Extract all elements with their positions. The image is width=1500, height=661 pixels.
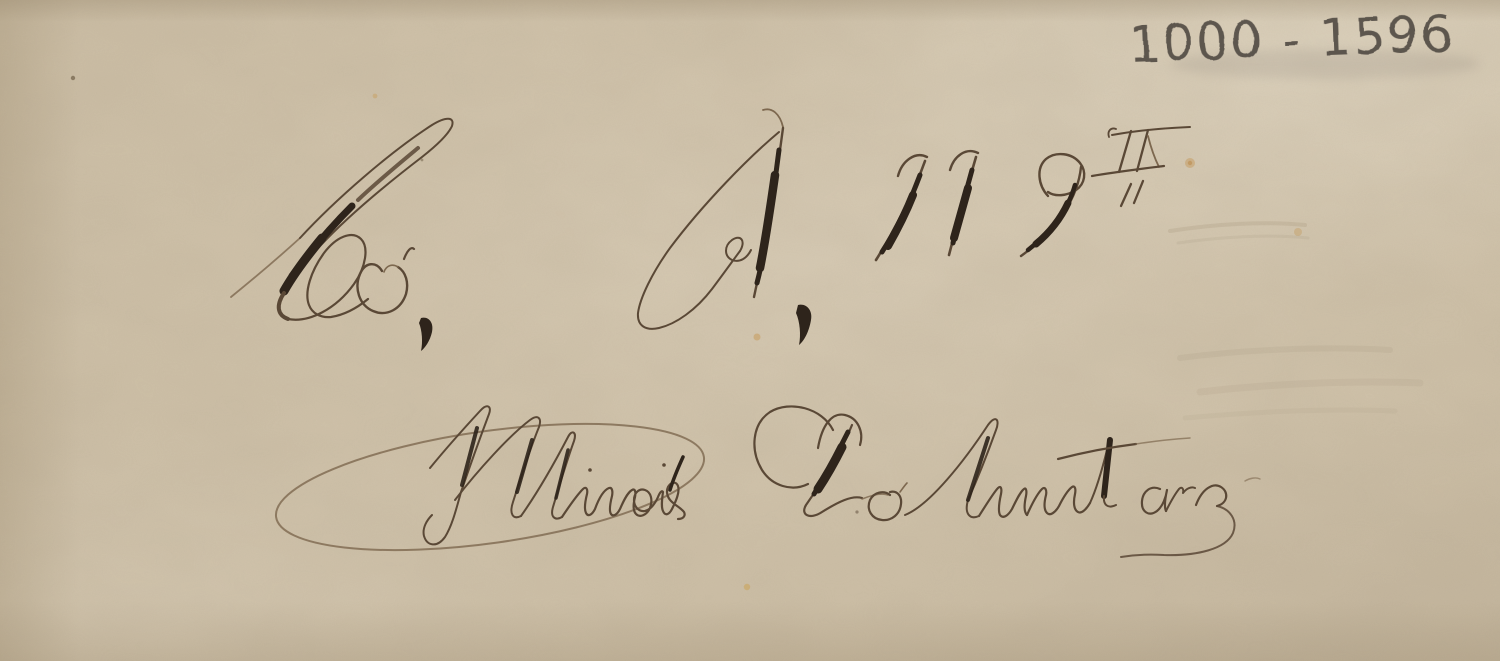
document-photo: 1000 - 1596 [0, 0, 1500, 661]
paper-background [0, 0, 1500, 661]
ledger-page: 1000 - 1596 [0, 0, 1500, 661]
catalog-number: 1000 - 1596 [1128, 5, 1456, 74]
